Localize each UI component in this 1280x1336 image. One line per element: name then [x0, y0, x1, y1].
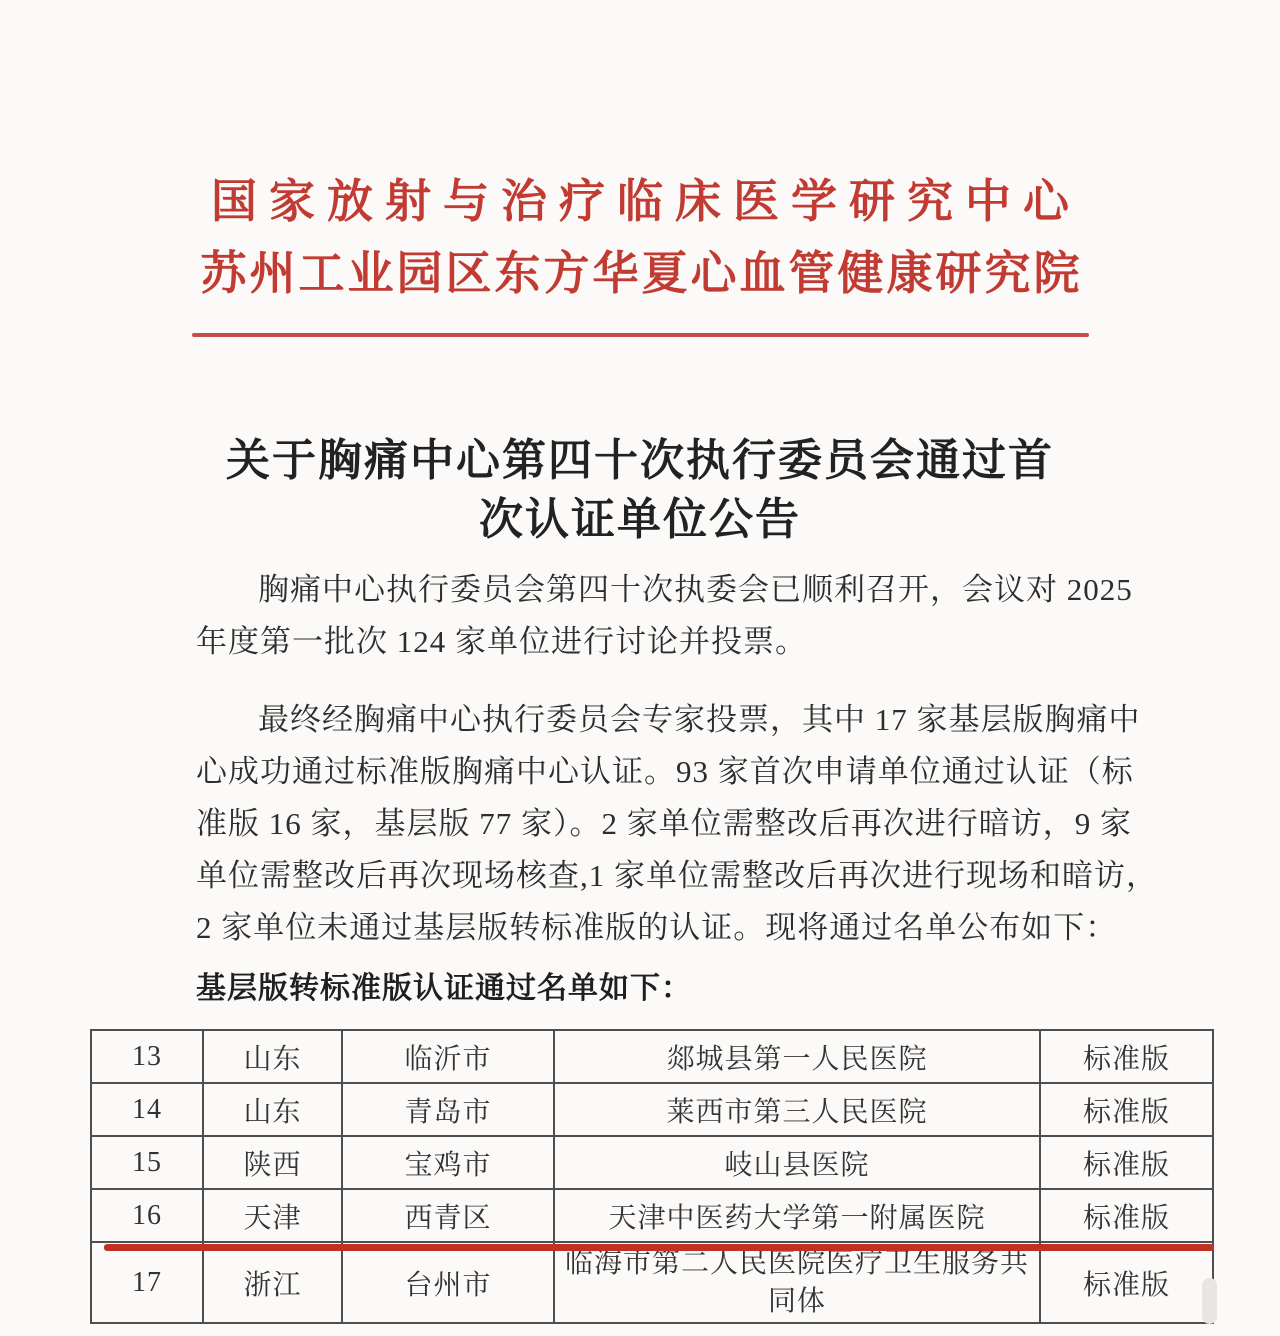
cell-version: 标准版 [1040, 1242, 1213, 1323]
cell-number: 15 [91, 1136, 203, 1189]
cell-city: 宝鸡市 [342, 1136, 554, 1189]
cell-number: 16 [91, 1189, 203, 1242]
cell-version: 标准版 [1040, 1136, 1213, 1189]
paragraph-1-line: 胸痛中心执行委员会第四十次执委会已顺利召开，会议对 2025 [196, 564, 1160, 616]
paragraph-2: 最终经胸痛中心执行委员会专家投票，其中 17 家基层版胸痛中 心成功通过标准版胸… [196, 694, 1160, 954]
cell-province: 天津 [203, 1189, 342, 1242]
red-highlight-underline [104, 1244, 1214, 1251]
cell-hospital: 莱西市第三人民医院 [554, 1083, 1040, 1136]
cell-version: 标准版 [1040, 1030, 1213, 1083]
cell-city: 台州市 [342, 1242, 554, 1323]
cell-version: 标准版 [1040, 1189, 1213, 1242]
cell-hospital: 天津中医药大学第一附属医院 [554, 1189, 1040, 1242]
table-row: 13 山东 临沂市 郯城县第一人民医院 标准版 [91, 1030, 1213, 1083]
table-row-highlighted: 16 天津 西青区 天津中医药大学第一附属医院 标准版 [91, 1189, 1213, 1242]
document-title-line-2: 次认证单位公告 [0, 483, 1280, 547]
cell-hospital: 岐山县医院 [554, 1136, 1040, 1189]
paragraph-2-line: 心成功通过标准版胸痛中心认证。93 家首次申请单位通过认证（标 [196, 746, 1160, 798]
scrollbar-thumb[interactable] [1202, 1278, 1217, 1324]
letterhead-divider-rule [192, 333, 1089, 337]
cell-version: 标准版 [1040, 1083, 1213, 1136]
cell-hospital-text: 临海市第二人民医院医疗卫生服务共同体 [561, 1245, 1033, 1321]
cell-hospital: 临海市第二人民医院医疗卫生服务共同体 [554, 1242, 1040, 1323]
cell-number: 14 [91, 1083, 203, 1136]
document-title-line-1: 关于胸痛中心第四十次执行委员会通过首 [0, 424, 1280, 488]
letterhead-line-1: 国家放射与治疗临床医学研究中心 [0, 165, 1280, 231]
paragraph-2-line: 2 家单位未通过基层版转标准版的认证。现将通过名单公布如下： [196, 902, 1160, 954]
cell-city: 西青区 [342, 1189, 554, 1242]
paragraph-1: 胸痛中心执行委员会第四十次执委会已顺利召开，会议对 2025 年度第一批次 12… [196, 564, 1160, 668]
document-page: 国家放射与治疗临床医学研究中心 苏州工业园区东方华夏心血管健康研究院 关于胸痛中… [0, 0, 1280, 1336]
cell-province: 山东 [203, 1083, 342, 1136]
paragraph-2-line: 准版 16 家，基层版 77 家）。2 家单位需整改后再次进行暗访，9 家 [196, 798, 1160, 850]
table-row: 15 陕西 宝鸡市 岐山县医院 标准版 [91, 1136, 1213, 1189]
cell-hospital: 郯城县第一人民医院 [554, 1030, 1040, 1083]
letterhead-line-2: 苏州工业园区东方华夏心血管健康研究院 [0, 237, 1280, 303]
cell-city: 青岛市 [342, 1083, 554, 1136]
table-row: 14 山东 青岛市 莱西市第三人民医院 标准版 [91, 1083, 1213, 1136]
cell-number: 13 [91, 1030, 203, 1083]
paragraph-2-line: 单位需整改后再次现场核查,1 家单位需整改后再次进行现场和暗访， [196, 850, 1160, 902]
table-row: 17 浙江 台州市 临海市第二人民医院医疗卫生服务共同体 标准版 [91, 1242, 1213, 1323]
paragraph-1-line: 年度第一批次 124 家单位进行讨论并投票。 [196, 616, 1160, 668]
cell-province: 陕西 [203, 1136, 342, 1189]
cell-province: 浙江 [203, 1242, 342, 1323]
cell-city: 临沂市 [342, 1030, 554, 1083]
certification-table: 13 山东 临沂市 郯城县第一人民医院 标准版 14 山东 青岛市 莱西市第三人… [90, 1029, 1214, 1324]
list-heading: 基层版转标准版认证通过名单如下： [196, 963, 692, 1007]
cell-number: 17 [91, 1242, 203, 1323]
cell-province: 山东 [203, 1030, 342, 1083]
paragraph-2-line: 最终经胸痛中心执行委员会专家投票，其中 17 家基层版胸痛中 [196, 694, 1160, 746]
